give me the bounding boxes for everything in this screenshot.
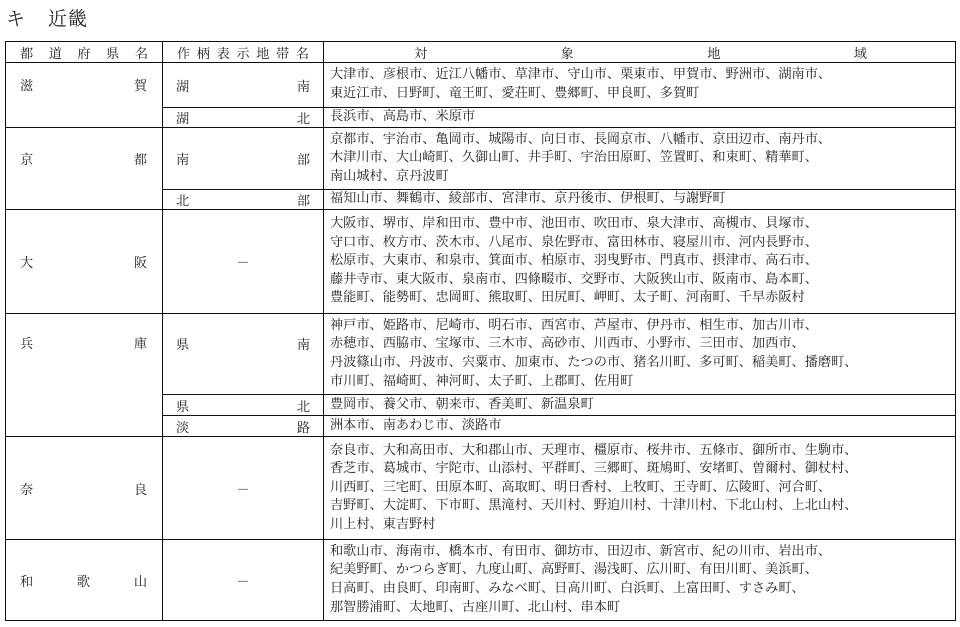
prefecture-hyogo: 兵庫 [6, 314, 163, 437]
header-row: 都道府県名 作柄表示地帯名 対象地域 [6, 42, 956, 63]
zone-hokubu: 北部 [163, 190, 324, 210]
zone-awaji: 淡路 [163, 416, 324, 437]
region-table: 都道府県名 作柄表示地帯名 対象地域 滋賀 湖南 大津市、彦根市、近江八幡市、草… [5, 41, 956, 621]
zone-kohoku: 湖北 [163, 108, 324, 128]
area-list: 洲本市、南あわじ市、淡路市 [324, 416, 956, 437]
area-list: 大津市、彦根市、近江八幡市、草津市、守山市、栗東市、甲賀市、野洲市、湖南市、東近… [324, 63, 956, 108]
region-name: 近畿 [48, 8, 88, 30]
zone-kenpoku: 県北 [163, 395, 324, 416]
zone-kennan: 県南 [163, 314, 324, 395]
area-list: 長浜市、高島市、米原市 [324, 108, 956, 128]
area-list: 豊岡市、養父市、朝来市、香美町、新温泉町 [324, 395, 956, 416]
header-zone: 作柄表示地帯名 [163, 42, 324, 63]
table-row: 和歌山 － 和歌山市、海南市、橋本市、有田市、御坊市、田辺市、新宮市、紀の川市、… [6, 540, 956, 621]
area-list: 神戸市、姫路市、尼崎市、明石市、西宮市、芦屋市、伊丹市、相生市、加古川市、赤穂市… [324, 314, 956, 395]
area-list: 和歌山市、海南市、橋本市、有田市、御坊市、田辺市、新宮市、紀の川市、岩出市、紀美… [324, 540, 956, 621]
zone-konan: 湖南 [163, 63, 324, 108]
table-row: 奈良 － 奈良市、大和高田市、大和郡山市、天理市、橿原市、桜井市、五條市、御所市… [6, 437, 956, 540]
table-row: 京都 南部 京都市、宇治市、亀岡市、城陽市、向日市、長岡京市、八幡市、京田辺市、… [6, 128, 956, 190]
table-row: 兵庫 県南 神戸市、姫路市、尼崎市、明石市、西宮市、芦屋市、伊丹市、相生市、加古… [6, 314, 956, 395]
zone-nanbu: 南部 [163, 128, 324, 190]
area-list: 大阪市、堺市、岸和田市、豊中市、池田市、吹田市、泉大津市、高槻市、貝塚市、守口市… [324, 210, 956, 314]
section-title: キ近畿 [6, 4, 88, 31]
table-row: 滋賀 湖南 大津市、彦根市、近江八幡市、草津市、守山市、栗東市、甲賀市、野洲市、… [6, 63, 956, 108]
section-index: キ [6, 8, 26, 30]
header-area: 対象地域 [324, 42, 956, 63]
prefecture-osaka: 大阪 [6, 210, 163, 314]
header-prefecture: 都道府県名 [6, 42, 163, 63]
prefecture-wakayama: 和歌山 [6, 540, 163, 621]
prefecture-nara: 奈良 [6, 437, 163, 540]
zone-none: － [163, 210, 324, 314]
area-list: 福知山市、舞鶴市、綾部市、宮津市、京丹後市、伊根町、与謝野町 [324, 190, 956, 210]
area-list: 京都市、宇治市、亀岡市、城陽市、向日市、長岡京市、八幡市、京田辺市、南丹市、木津… [324, 128, 956, 190]
prefecture-shiga: 滋賀 [6, 63, 163, 128]
zone-none: － [163, 540, 324, 621]
zone-none: － [163, 437, 324, 540]
prefecture-kyoto: 京都 [6, 128, 163, 210]
table-row: 大阪 － 大阪市、堺市、岸和田市、豊中市、池田市、吹田市、泉大津市、高槻市、貝塚… [6, 210, 956, 314]
area-list: 奈良市、大和高田市、大和郡山市、天理市、橿原市、桜井市、五條市、御所市、生駒市、… [324, 437, 956, 540]
